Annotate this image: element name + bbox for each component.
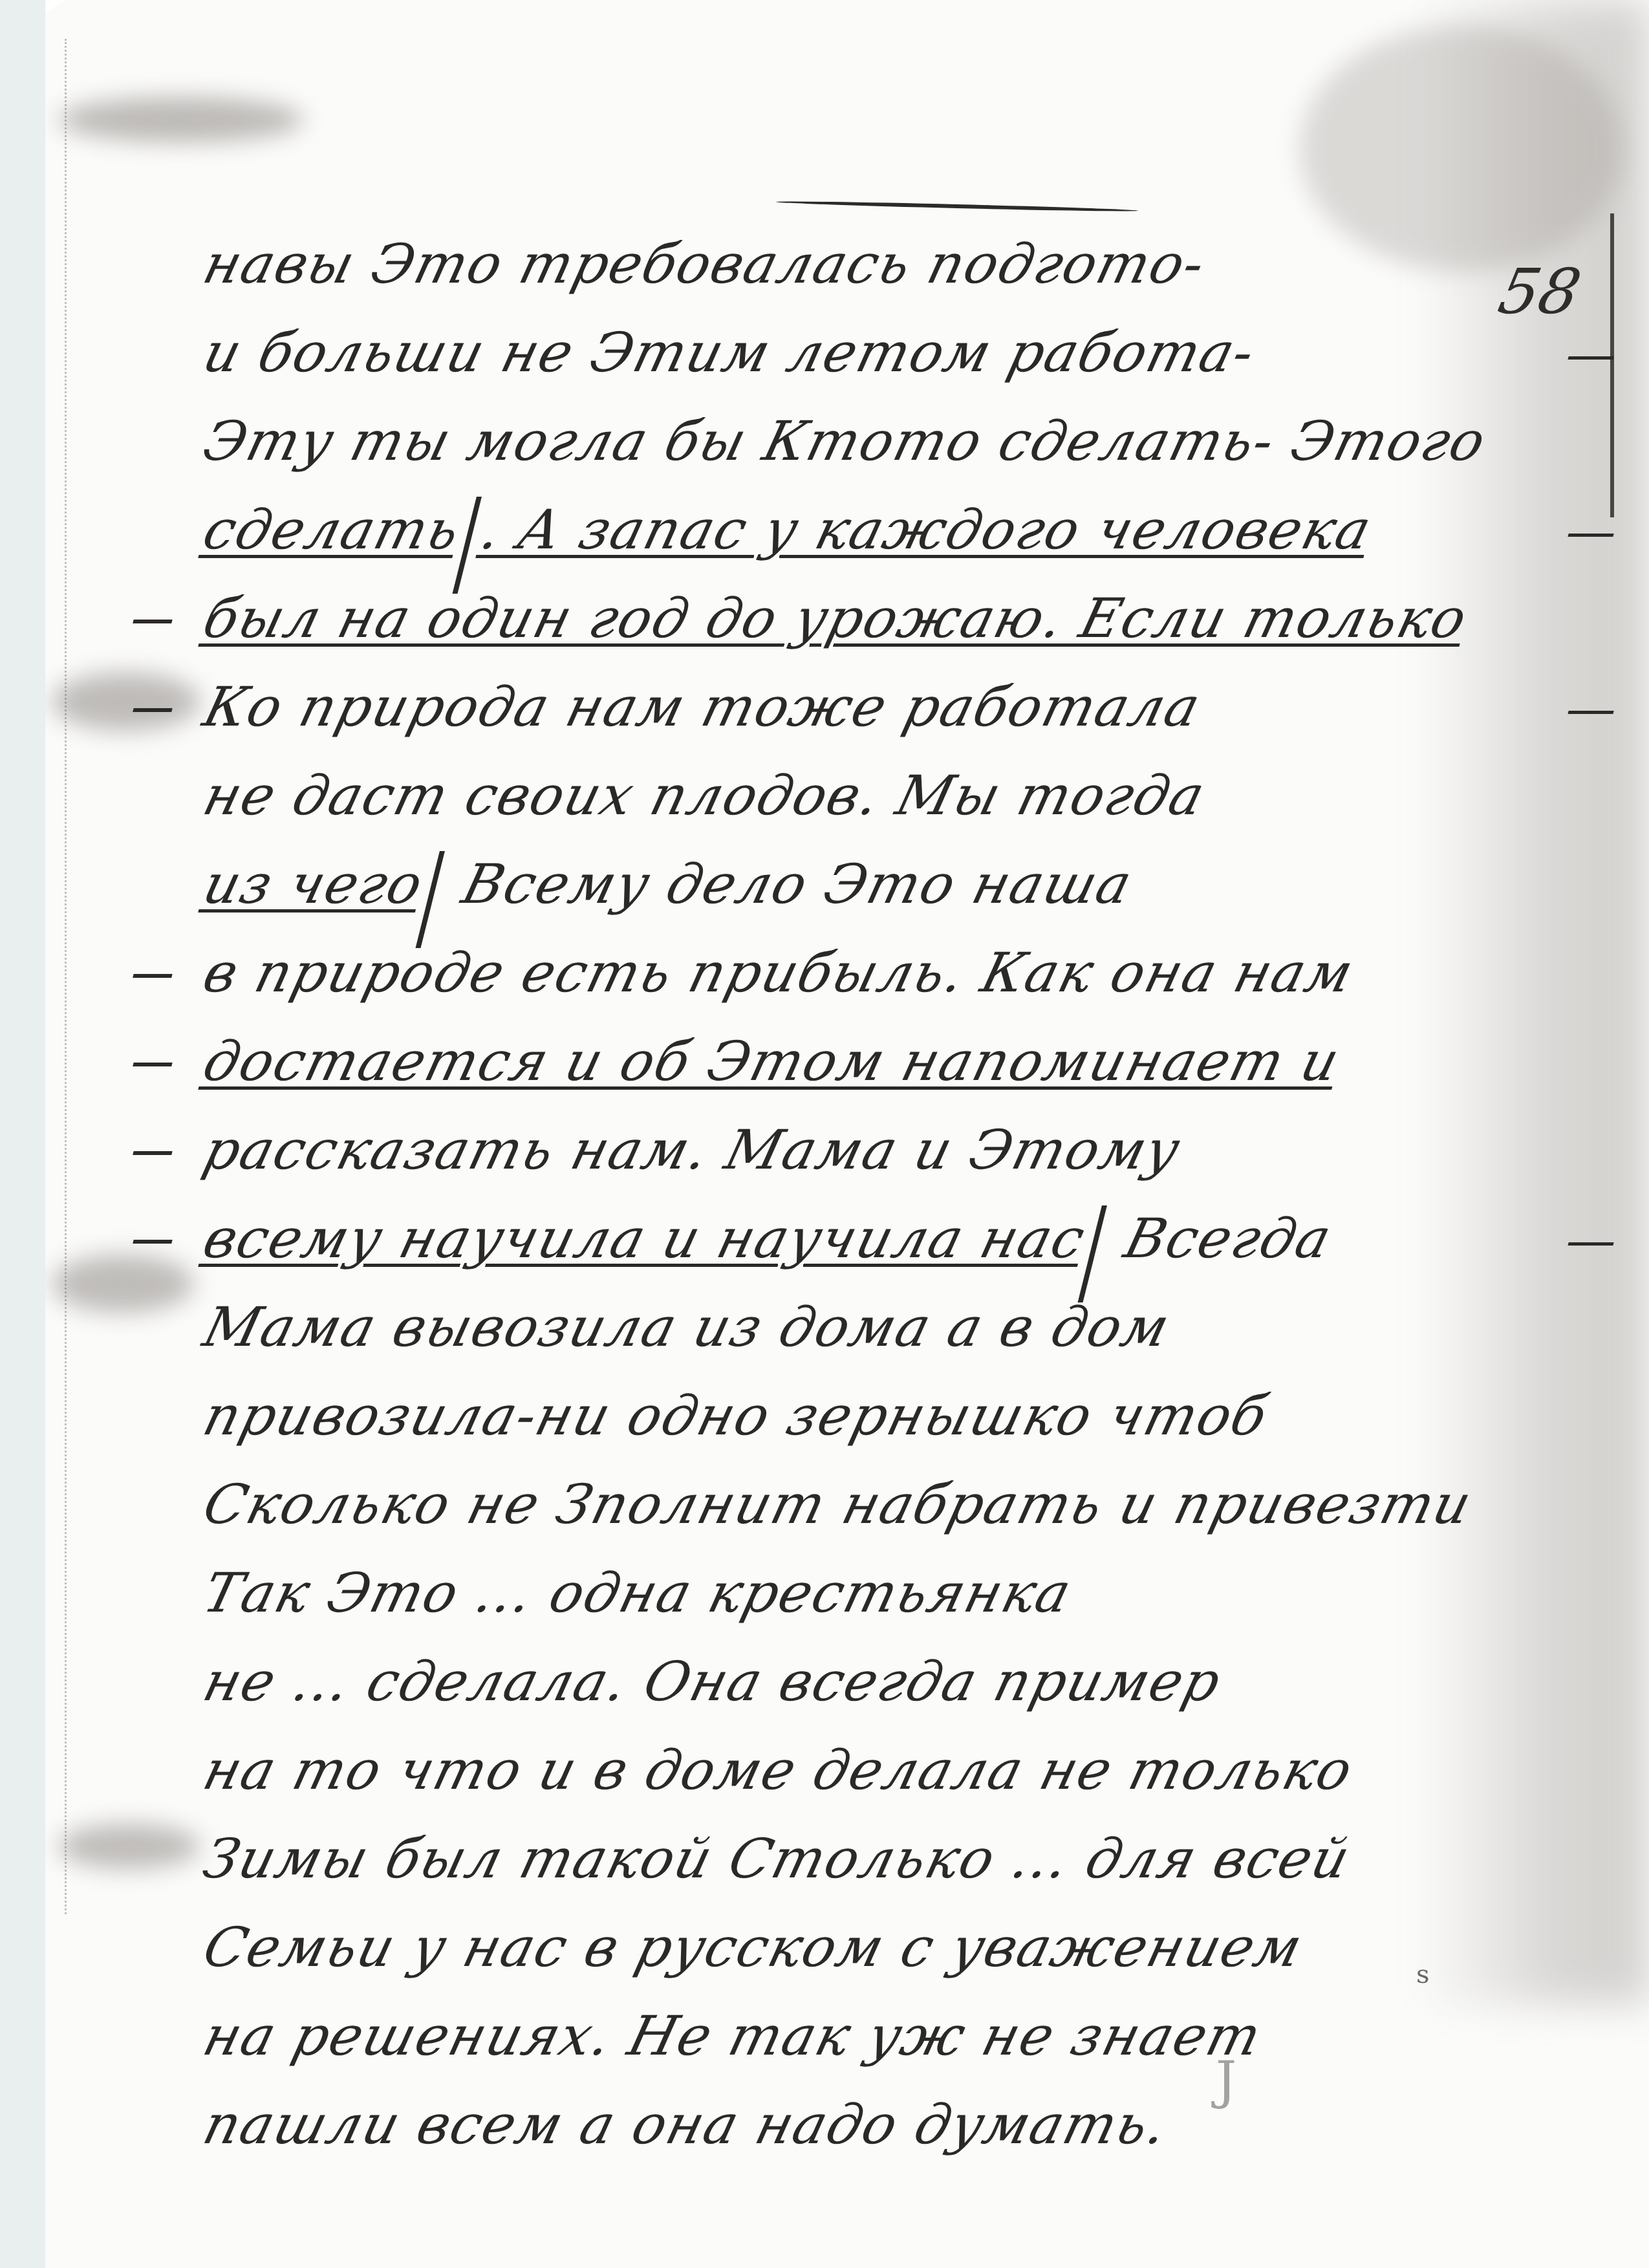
line-text: достается и об Этом напоминает и xyxy=(197,1030,1346,1093)
handwritten-line: не даст своих плодов. Мы тогда xyxy=(194,751,1600,840)
stray-mark: s xyxy=(1416,1960,1430,1989)
underlined-word: из чего xyxy=(197,852,430,916)
handwritten-line: не ... сделала. Она всегда пример xyxy=(194,1637,1600,1726)
line-dash xyxy=(133,974,172,978)
handwritten-line: был на один год до урожаю. Если только xyxy=(194,574,1600,663)
toner-smudge xyxy=(52,1255,194,1313)
top-rule-line xyxy=(776,200,1138,213)
handwritten-line: Зимы был такой Столько ... для всей xyxy=(194,1815,1600,1903)
handwritten-line: привозила-ни одно зернышко чтоб xyxy=(194,1372,1600,1460)
line-text: на то что и в доме делала не только xyxy=(197,1738,1360,1802)
line-text: и больши не Этим летом работа- xyxy=(197,321,1262,384)
handwritten-line: из чего Всему дело Это наша xyxy=(194,840,1600,929)
handwritten-line: Ко природа нам тоже работала xyxy=(194,663,1600,751)
stray-mark: J xyxy=(1216,2050,1236,2110)
line-text: был на один год до урожаю. Если только xyxy=(197,587,1474,650)
line-text: Семьи у нас в русском с уважением xyxy=(197,1916,1309,1979)
line-text: рассказать нам. Мама и Этому xyxy=(197,1118,1187,1182)
handwritten-line: пашли всем а она надо думать. xyxy=(194,2080,1600,2169)
line-text: навы Это требовалась подгото- xyxy=(197,232,1212,296)
line-dash xyxy=(1568,534,1613,537)
line-dash xyxy=(133,1063,172,1066)
line-text: Всегда xyxy=(1099,1207,1338,1270)
line-text: Мама вывозила из дома а в дом xyxy=(197,1295,1177,1359)
line-text: Эту ты могла бы Ктото сделать- Этого xyxy=(197,409,1493,473)
margin-tick-marks xyxy=(65,39,69,1914)
page-number-box-edge xyxy=(1610,213,1614,517)
handwritten-line: всему научила и научила нас Всегда xyxy=(194,1194,1600,1283)
line-text: привозила-ни одно зернышко чтоб xyxy=(197,1384,1275,1447)
handwritten-text-block: навы Это требовалась подгото- и больши н… xyxy=(194,220,1578,2169)
line-text: не ... сделала. Она всегда пример xyxy=(197,1650,1228,1713)
line-text: не даст своих плодов. Мы тогда xyxy=(197,764,1212,827)
line-dash xyxy=(1568,711,1613,714)
line-dash xyxy=(133,620,172,623)
line-text: Так Это ... одна крестьянка xyxy=(197,1561,1079,1625)
underlined-word: всему научила и научила нас xyxy=(197,1207,1092,1270)
line-text: пашли всем а она надо думать. xyxy=(197,2093,1175,2156)
toner-smudge xyxy=(58,97,304,142)
handwritten-line: Семьи у нас в русском с уважением xyxy=(194,1903,1600,1992)
toner-smudge xyxy=(58,1824,200,1869)
handwritten-line: достается и об Этом напоминает и xyxy=(194,1017,1600,1106)
line-text: . А запас у каждого человека xyxy=(475,498,1379,561)
handwritten-line: на то что и в доме делала не только xyxy=(194,1726,1600,1815)
handwritten-line: сделать. А запас у каждого человека xyxy=(194,486,1600,574)
handwritten-line: в природе есть прибыль. Как она нам xyxy=(194,929,1600,1017)
folded-corner xyxy=(45,0,65,13)
manuscript-page: 58 навы Это требовалась подгото- и больш… xyxy=(45,0,1649,2268)
line-dash xyxy=(1568,356,1613,360)
line-text: в природе есть прибыль. Как она нам xyxy=(197,941,1361,1004)
handwritten-line: рассказать нам. Мама и Этому xyxy=(194,1106,1600,1194)
underlined-word: сделать xyxy=(197,498,467,561)
line-dash xyxy=(133,708,172,712)
handwritten-line: Мама вывозила из дома а в дом xyxy=(194,1283,1600,1372)
line-text: Сколько не Зполнит набрать и привезти xyxy=(197,1473,1479,1536)
toner-smudge xyxy=(52,673,200,731)
line-text: Зимы был такой Столько ... для всей xyxy=(197,1827,1357,1890)
handwritten-line: на решениях. Не так уж не знает xyxy=(194,1992,1600,2080)
line-text: на решениях. Не так уж не знает xyxy=(197,2004,1269,2068)
line-dash xyxy=(1568,1242,1613,1246)
handwritten-line: Сколько не Зполнит набрать и привезти xyxy=(194,1460,1600,1549)
handwritten-line: Эту ты могла бы Ктото сделать- Этого xyxy=(194,397,1600,486)
line-dash xyxy=(133,1151,172,1155)
handwritten-line: навы Это требовалась подгото- xyxy=(194,220,1600,308)
line-text: Ко природа нам тоже работала xyxy=(197,675,1207,739)
handwritten-line: Так Это ... одна крестьянка xyxy=(194,1549,1600,1637)
line-text: Всему дело Это наша xyxy=(438,852,1139,916)
line-dash xyxy=(133,1240,172,1244)
handwritten-line: и больши не Этим летом работа- xyxy=(194,308,1600,397)
